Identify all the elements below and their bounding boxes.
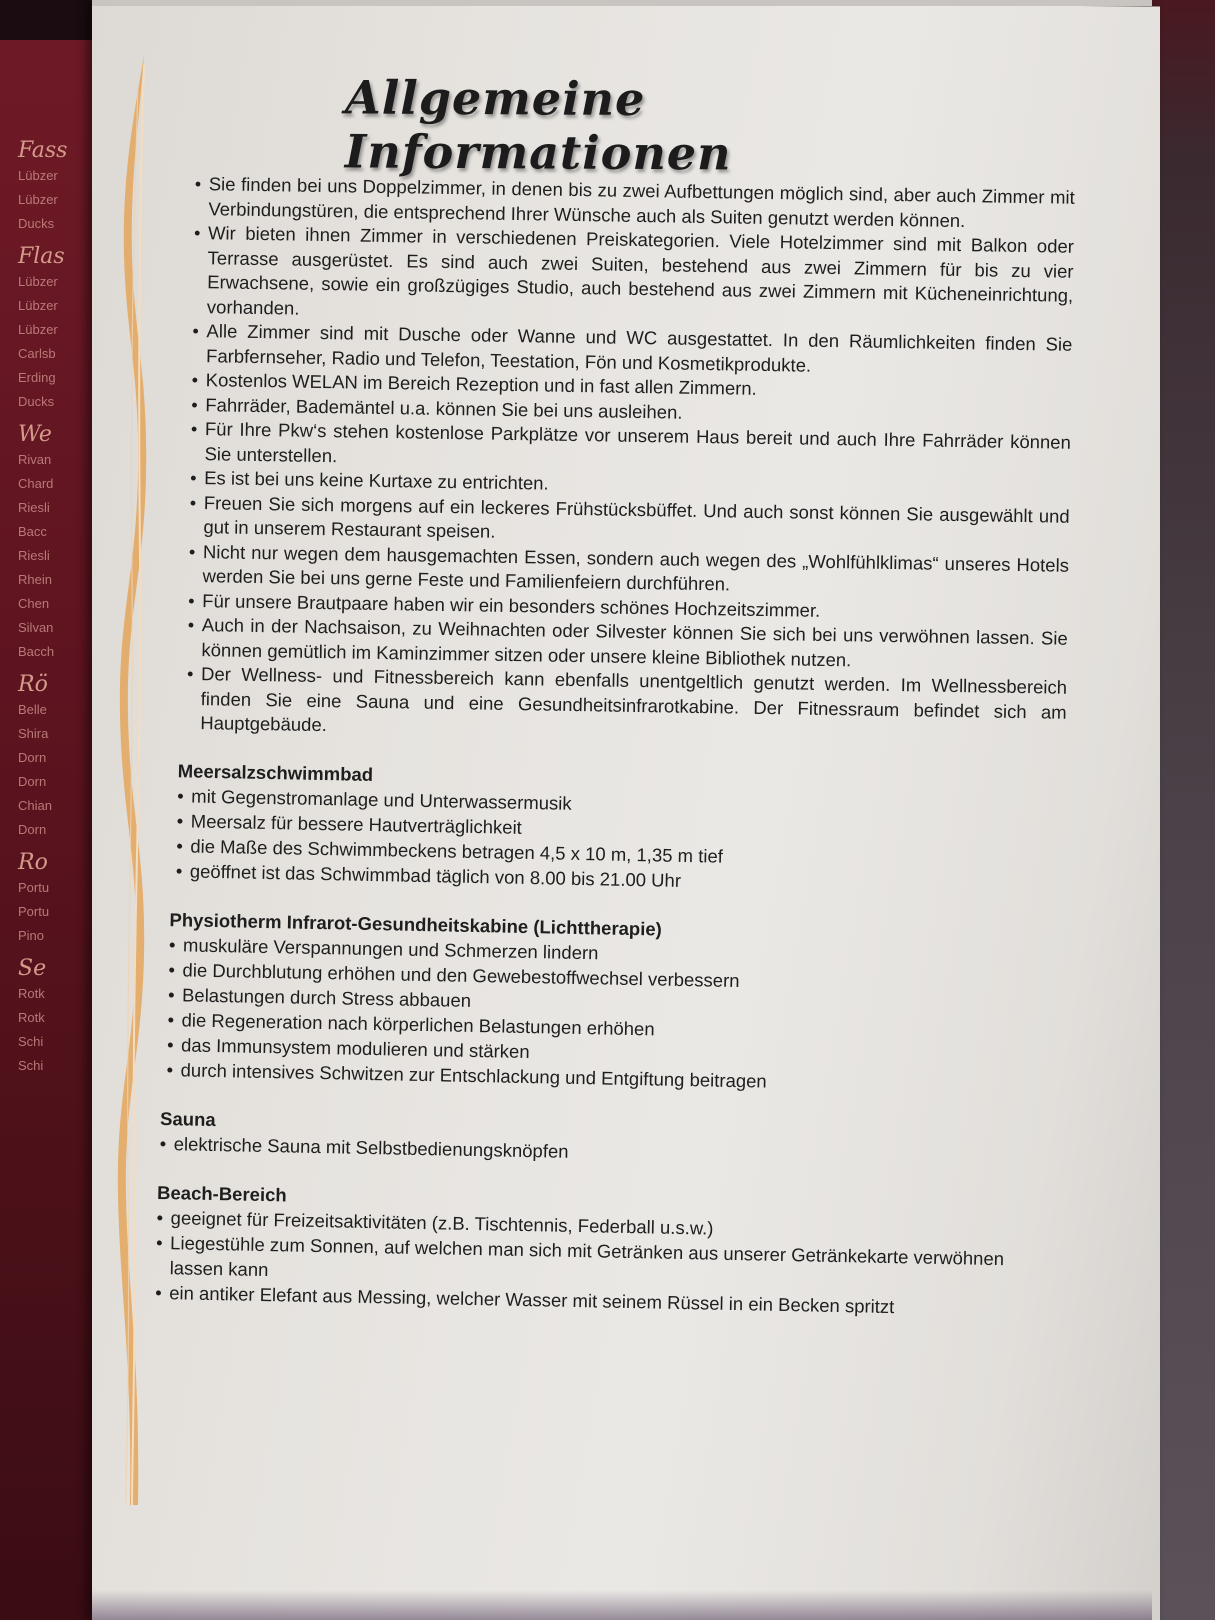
wine-menu-list: FassLübzerLübzerDucksFlasLübzerLübzerLüb… [18,130,98,1078]
menu-item: Belle [18,698,98,722]
menu-item: Portu [18,900,98,924]
facility-section: Saunaelektrische Sauna mit Selbstbedienu… [159,1106,1060,1173]
menu-item: Erding [18,366,98,390]
facility-section: Meersalzschwimmbadmit Gegenstromanlage u… [176,758,1066,900]
menu-item: Chian [18,794,98,818]
menu-item: Rotk [18,982,98,1006]
menu-section-heading: Rö [18,672,98,698]
menu-item: Riesli [18,496,98,520]
facility-sections: Meersalzschwimmbadmit Gegenstromanlage u… [177,759,1065,1320]
facility-section: Physiotherm Infrarot-Gesundheitskabine (… [166,907,1063,1099]
menu-item: Lübzer [18,294,98,318]
section-list: mit Gegenstromanlage und Unterwassermusi… [176,783,1066,900]
menu-item: Chen [18,592,98,616]
menu-item: Rivan [18,448,98,472]
menu-item: Chard [18,472,98,496]
menu-section-heading: We [18,422,98,448]
menu-item: Lübzer [18,318,98,342]
page-content: Sie finden bei uns Doppelzimmer, in dene… [177,172,1075,1320]
menu-item: Ducks [18,212,98,236]
menu-item: Carlsb [18,342,98,366]
menu-item: Dorn [18,770,98,794]
menu-item: Pino [18,924,98,948]
menu-item: Lübzer [18,188,98,212]
section-list: geeignet für Freizeitsaktivitäten (z.B. … [155,1204,1059,1321]
menu-item: Dorn [18,746,98,770]
section-list: muskuläre Verspannungen und Schmerzen li… [166,932,1063,1099]
menu-item: Ducks [18,390,98,414]
menu-item: Schi [18,1054,98,1078]
menu-section-heading: Ro [18,850,98,876]
info-list-item: Der Wellness- und Fitnessbereich kann eb… [186,662,1067,749]
menu-item: Portu [18,876,98,900]
menu-section-heading: Flas [18,244,98,270]
menu-item: Schi [18,1030,98,1054]
menu-item: Riesli [18,544,98,568]
menu-item: Bacc [18,520,98,544]
menu-item: Rhein [18,568,98,592]
facility-section: Beach-Bereichgeeignet für Freizeitsaktiv… [155,1179,1059,1321]
general-info-list: Sie finden bei uns Doppelzimmer, in dene… [186,172,1075,749]
page-top-edge [92,0,1152,6]
menu-section-heading: Fass [18,138,98,164]
menu-item: Dorn [18,818,98,842]
menu-item: Bacch [18,640,98,664]
menu-item: Lübzer [18,164,98,188]
info-list-item: Wir bieten ihnen Zimmer in verschiedenen… [193,221,1074,333]
bottom-shadow [92,1590,1152,1620]
menu-section-heading: Se [18,956,98,982]
menu-item: Lübzer [18,270,98,294]
menu-item: Silvan [18,616,98,640]
page-title: Allgemeine Informationen [345,70,946,181]
menu-item: Rotk [18,1006,98,1030]
menu-item: Shira [18,722,98,746]
